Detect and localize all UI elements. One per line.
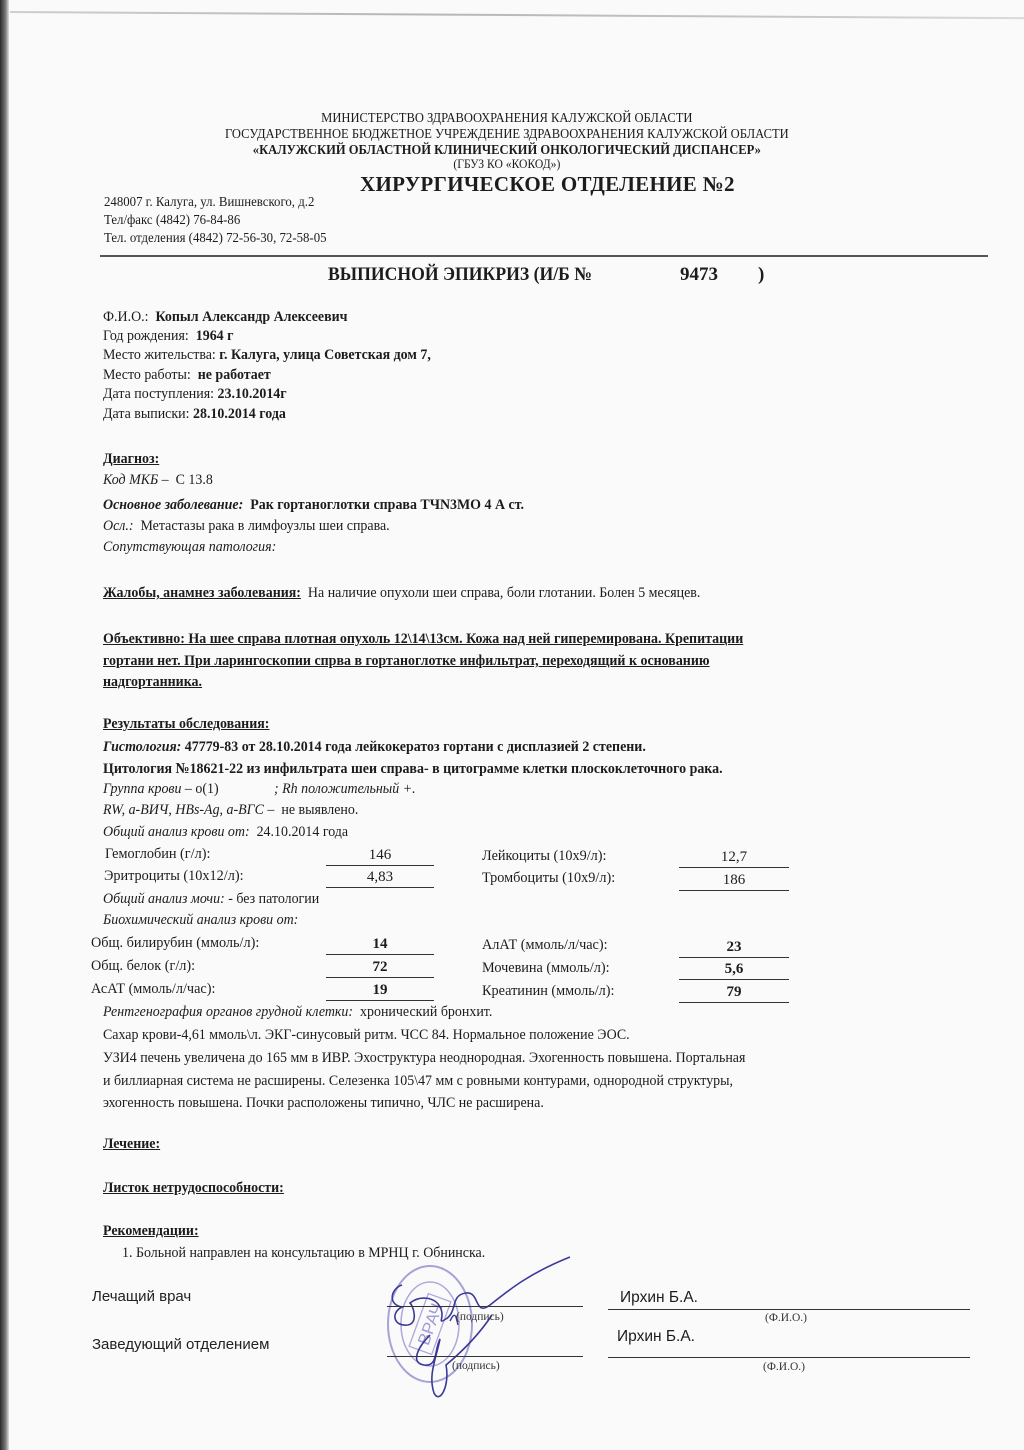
attending-doctor-label: Лечащий врач [92,1288,191,1305]
main-disease-row: Основное заболевание: Рак гортаноглотки … [103,497,524,514]
complication-row: Осл.: Метастазы рака в лимфоузлы шеи спр… [103,518,390,535]
rh-factor: ; Rh положительный +. [274,781,416,797]
discharge-date: 28.10.2014 года [193,406,286,422]
infections-result: не выявлено. [281,802,358,818]
comorbidity-row: Сопутствующая патология: [103,539,276,556]
discharge-label: Дата выписки: [103,406,190,422]
biochem-label: Биохимический анализ крови от: [103,912,298,928]
residence: г. Калуга, улица Советская дом 7, [219,347,431,363]
header-institution: ГОСУДАРСТВЕННОЕ БЮДЖЕТНОЕ УЧРЕЖДЕНИЕ ЗДР… [0,126,1014,141]
ultrasound-line-3: эхогенность повышена. Почки расположены … [103,1095,544,1112]
lab-value-protein: 72 [326,957,434,978]
title-close-paren: ) [758,264,764,286]
doctor-name-caption: (Ф.И.О.) [765,1312,807,1324]
infections-row: RW, а-ВИЧ, HBs-Ag, а-ВГС – не выявлено. [103,802,358,819]
xray-label: Рентгенография органов грудной клетки: [103,1004,353,1020]
cbc-date: 24.10.2014 года [257,824,349,840]
xray-row: Рентгенография органов грудной клетки: х… [103,1004,492,1021]
main-disease: Рак гортаноглотки справа ТЧN3MO 4 А ст. [250,497,524,513]
lab-label-bilirubin: Общ. билирубин (ммоль/л): [91,935,259,952]
urine-row: Общий анализ мочи: - без патологии [103,891,319,908]
objective-line-3: надгортанника. [103,674,202,691]
complaints-heading: Жалобы, анамнез заболевания: [103,585,301,601]
complaints-text: На наличие опухоли шеи справа, боли глот… [308,585,700,601]
document-title: ВЫПИСНОЙ ЭПИКРИЗ (И/Б № [328,264,592,286]
ultrasound-line-1: УЗИ4 печень увеличена до 165 мм в ИВР. Э… [103,1050,745,1067]
workplace-label: Место работы: [103,367,191,383]
ultrasound-line-2: и биллиарная система не расширены. Селез… [103,1073,733,1090]
scan-edge-shadow [0,0,9,1450]
sugar-ecg-row: Сахар крови-4,61 ммоль\л. ЭКГ-синусовый … [103,1027,630,1044]
diagnosis-heading: Диагноз: [103,451,159,468]
lab-value-alat: 23 [679,937,789,958]
workplace: не работает [198,367,271,383]
lab-value-leukocytes: 12,7 [679,847,789,868]
discharge-row: Дата выписки: 28.10.2014 года [103,406,286,423]
results-heading: Результаты обследования: [103,716,269,733]
head-signature-line [387,1356,583,1357]
admission-date: 23.10.2014г [217,386,286,402]
department-head-label: Заведующий отделением [92,1336,269,1353]
discharge-summary-page: МИНИСТЕРСТВО ЗДРАВООХРАНЕНИЯ КАЛУЖСКОЙ О… [0,0,1024,1450]
header-dept-phone: Тел. отделения (4842) 72-56-30, 72-58-05 [104,230,327,246]
lab-value-asat: 19 [326,980,434,1001]
histology-text: 47779-83 от 28.10.2014 года лейкокератоз… [185,739,646,755]
residence-row: Место жительства: г. Калуга, улица Совет… [103,347,431,364]
admission-row: Дата поступления: 23.10.2014г [103,386,287,403]
lab-label-urea: Мочевина (ммоль/л): [482,960,610,977]
comorbidity-label: Сопутствующая патология: [103,539,276,555]
objective-line-1: Объективно: На шее справа плотная опухол… [103,631,743,648]
lab-label-leukocytes: Лейкоциты (10х9/л): [482,848,606,865]
lab-value-erythrocytes: 4,83 [326,867,434,888]
cytology-row: Цитология №18621-22 из инфильтрата шеи с… [103,761,723,778]
recommendations-heading: Рекомендации: [103,1223,199,1240]
complaints-row: Жалобы, анамнез заболевания: На наличие … [103,585,700,602]
case-number: 9473 [680,264,718,286]
birth-year: 1964 г [196,328,234,344]
complication: Метастазы рака в лимфоузлы шеи справа. [140,518,389,534]
workplace-row: Место работы: не работает [103,367,271,384]
scan-top-edge [10,11,1024,19]
header-dispensary: «КАЛУЖСКИЙ ОБЛАСТНОЙ КЛИНИЧЕСКИЙ ОНКОЛОГ… [0,142,1014,157]
residence-label: Место жительства: [103,347,216,363]
icd-code: С 13.8 [176,472,213,488]
main-disease-label: Основное заболевание: [103,497,243,513]
lab-value-platelets: 186 [679,870,789,891]
xray-result: хронический бронхит. [360,1004,492,1020]
birth-year-label: Год рождения: [103,328,189,344]
header-department: ХИРУРГИЧЕСКОЕ ОТДЕЛЕНИЕ №2 [360,172,735,197]
lab-label-hemoglobin: Гемоглобин (г/л): [105,846,210,863]
icd-label: Код МКБ – [103,472,169,488]
lab-label-creatinine: Креатинин (ммоль/л): [482,983,614,1000]
header-abbr: (ГБУЗ КО «КОКОД») [0,157,1014,172]
patient-name-row: Ф.И.О.: Копыл Александр Алексеевич [103,309,348,326]
lab-label-alat: АлАТ (ммоль/л/час): [482,937,608,954]
lab-value-creatinine: 79 [679,982,789,1003]
lab-label-erythrocytes: Эритроциты (10х12/л): [104,868,244,885]
sick-leave-heading: Листок нетрудоспособности: [103,1180,284,1197]
lab-value-urea: 5,6 [679,959,789,980]
lab-label-platelets: Тромбоциты (10х9/л): [482,870,615,887]
doctor-signature-caption: (подпись) [456,1311,504,1323]
biochem-row: Биохимический анализ крови от: [103,912,298,929]
objective-line-2: гортани нет. При ларингоскопии спрва в г… [103,653,710,670]
histology-label: Гистология: [103,739,181,755]
urine-label: Общий анализ мочи: [103,891,225,907]
head-name-line [608,1357,970,1358]
department-head-name: Ирхин Б.А. [617,1328,695,1346]
admission-label: Дата поступления: [103,386,214,402]
lab-value-bilirubin: 14 [326,934,434,955]
blood-group-row: Группа крови – о(1) ; Rh положительный +… [103,781,416,798]
attending-doctor-name: Ирхин Б.А. [620,1289,698,1307]
cytology-text: Цитология №18621-22 из инфильтрата шеи с… [103,761,723,777]
histology-row: Гистология: 47779-83 от 28.10.2014 года … [103,739,646,756]
complication-label: Осл.: [103,518,133,534]
header-divider [100,255,988,257]
lab-label-protein: Общ. белок (г/л): [91,958,195,975]
patient-name-label: Ф.И.О.: [103,309,149,325]
doctor-signature-line [387,1306,583,1307]
blood-group: о(1) [195,781,218,797]
patient-name: Копыл Александр Алексеевич [155,309,347,325]
head-signature-caption: (подпись) [452,1360,500,1372]
header-address: 248007 г. Калуга, ул. Вишневского, д.2 [104,194,314,210]
infections-label: RW, а-ВИЧ, HBs-Ag, а-ВГС – [103,802,274,818]
urine-result: - без патологии [228,891,319,907]
head-name-caption: (Ф.И.О.) [763,1361,805,1373]
lab-value-hemoglobin: 146 [326,845,434,866]
cbc-label: Общий анализ крови от: [103,824,250,840]
icd-row: Код МКБ – С 13.8 [103,472,213,489]
blood-group-label: Группа крови – [103,781,192,797]
birth-year-row: Год рождения: 1964 г [103,328,233,345]
doctor-name-line [608,1309,970,1310]
treatment-heading: Лечение: [103,1136,160,1153]
header-ministry: МИНИСТЕРСТВО ЗДРАВООХРАНЕНИЯ КАЛУЖСКОЙ О… [0,110,1014,125]
header-fax: Тел/факс (4842) 76-84-86 [104,212,240,228]
lab-label-asat: АсАТ (ммоль/л/час): [91,981,215,998]
signatures-handwritten [380,1255,580,1405]
cbc-row: Общий анализ крови от: 24.10.2014 года [103,824,348,841]
